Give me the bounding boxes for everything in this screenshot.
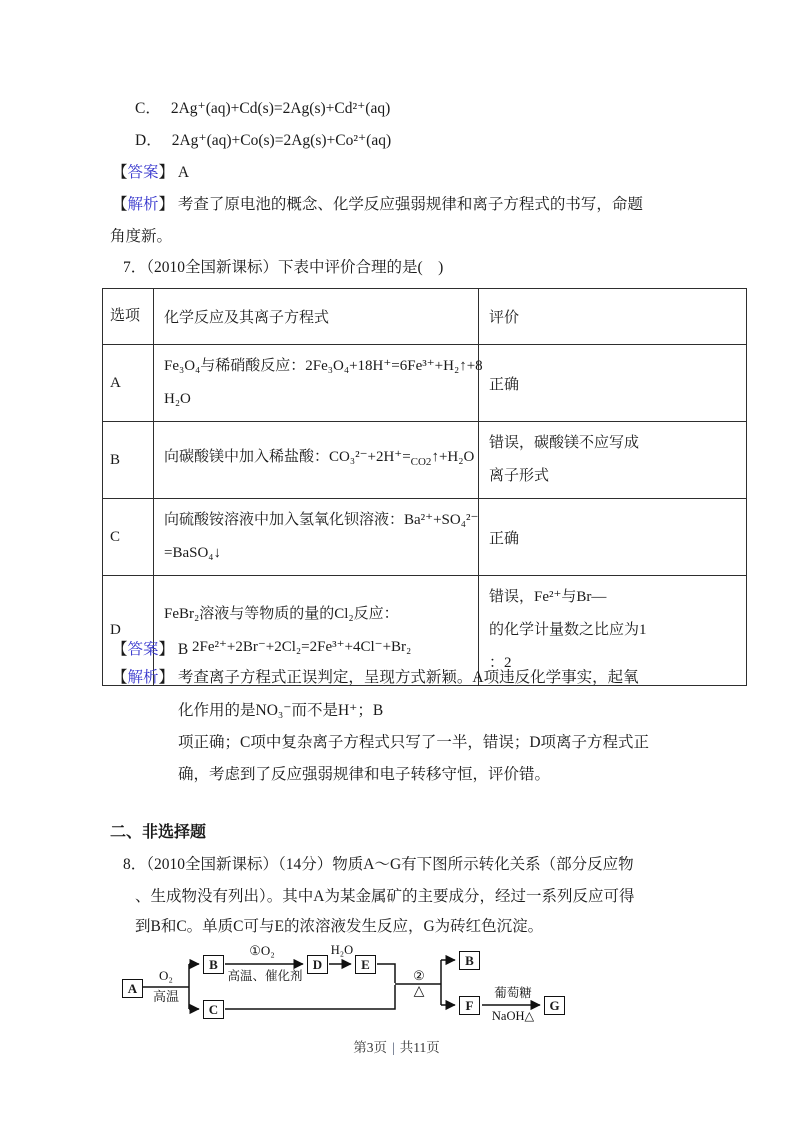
q6-answer-line: 【答案】 A — [112, 163, 189, 183]
analysis-tag: 解析 — [128, 669, 159, 686]
label-naoh: NaOH△ — [482, 1010, 544, 1023]
q8-flow-diagram: A B C D E B F G O₂ 高温 ①O₂ 高温、催化剂 H₂O ② △… — [108, 938, 588, 1030]
table-header-row: 选项 化学反应及其离子方程式 评价 — [103, 289, 747, 345]
answer-tag: 答案 — [128, 164, 159, 181]
q7-answer-line: 【答案】 B — [112, 640, 188, 660]
diagram-node-e: E — [355, 955, 376, 974]
answer-value: A — [178, 164, 189, 181]
option-cell: C — [103, 499, 154, 576]
reaction-line: H₂O — [164, 383, 468, 416]
analysis-tag: 解析 — [128, 196, 159, 213]
bracket-open: 【 — [112, 641, 128, 658]
page-footer: 第3页|共11页 — [0, 1036, 793, 1056]
bracket-close: 】 — [159, 196, 175, 213]
diagram-node-g: G — [544, 996, 565, 1015]
q6-option-c: C．2Ag⁺(aq)+Cd(s)=2Ag(s)+Cd²⁺(aq) — [135, 99, 390, 119]
reaction-line: 向碳酸镁中加入稀盐酸：CO₃²⁻+2H⁺=CO2↑+H₂O — [164, 441, 468, 479]
table-row: C 向硫酸铵溶液中加入氢氧化钡溶液：Ba²⁺+SO₄²⁻ =BaSO₄↓ 正确 — [103, 499, 747, 576]
evaluation-cell: 正确 — [479, 499, 747, 576]
table-row: A Fe₃O₄与稀硝酸反应：2Fe₃O₄+18H⁺=6Fe³⁺+H₂↑+8 H₂… — [103, 345, 747, 422]
evaluation-line: 错误，Fe²⁺与Br— — [489, 581, 736, 614]
q7-title: 7．（2010全国新课标）下表中评价合理的是( ) — [123, 258, 443, 278]
bracket-open: 【 — [112, 164, 128, 181]
reaction-pre: 向碳酸镁中加入稀盐酸：CO₃²⁻+2H⁺= — [164, 449, 411, 465]
reaction-cell: Fe₃O₄与稀硝酸反应：2Fe₃O₄+18H⁺=6Fe³⁺+H₂↑+8 H₂O — [154, 345, 479, 422]
label-gaowen: 高温 — [144, 990, 188, 1003]
footer-separator: | — [392, 1040, 395, 1055]
diagram-node-f: F — [459, 996, 480, 1015]
reaction-post: ↑+H₂O — [431, 449, 474, 465]
answer-tag: 答案 — [128, 641, 159, 658]
label-cuihuaji: 高温、催化剂 — [218, 970, 312, 983]
option-cell: A — [103, 345, 154, 422]
q7-analysis-line-4: 确，考虑到了反应强弱规律和电子转移守恒，评价错。 — [178, 765, 550, 785]
reaction-cell: 向碳酸镁中加入稀盐酸：CO₃²⁻+2H⁺=CO2↑+H₂O — [154, 422, 479, 499]
label-putaotang: 葡萄糖 — [485, 987, 541, 1000]
option-cell: B — [103, 422, 154, 499]
q7-analysis-line-1: 【解析】 考查离子方程式正误判定，呈现方式新颖。A项违反化学事实，起氧 — [112, 668, 639, 688]
q7-evaluation-table: 选项 化学反应及其离子方程式 评价 A Fe₃O₄与稀硝酸反应：2Fe₃O₄+1… — [102, 288, 747, 686]
option-label: C． — [135, 100, 161, 117]
evaluation-line: 的化学计量数之比应为1 — [489, 614, 736, 647]
evaluation-line: 错误，碳酸镁不应写成 — [489, 427, 736, 460]
bracket-close: 】 — [159, 669, 175, 686]
table-header-cell: 化学反应及其离子方程式 — [154, 289, 479, 345]
bracket-open: 【 — [112, 196, 128, 213]
reaction-line: 2Fe²⁺+2Br⁻+2Cl₂=2Fe³⁺+4Cl⁻+Br₂ — [164, 631, 468, 664]
footer-total-pages: 共11页 — [400, 1040, 440, 1055]
label-h2o: H₂O — [324, 944, 360, 957]
q7-analysis-line-3: 项正确；C项中复杂离子方程式只写了一半，错误；D项离子方程式正 — [178, 733, 649, 753]
q7-analysis-line-2: 化作用的是NO₃⁻而不是H⁺；B — [178, 701, 383, 721]
q6-analysis-line-1: 【解析】 考查了原电池的概念、化学反应强弱规律和离子方程式的书写，命题 — [112, 195, 643, 215]
table-header-cell: 选项 — [103, 289, 154, 345]
diagram-node-a: A — [122, 979, 143, 998]
bracket-open: 【 — [112, 669, 128, 686]
q8-line-3: 到B和C。单质C可与E的浓溶液发生反应，G为砖红色沉淀。 — [135, 917, 543, 937]
analysis-text: 考查了原电池的概念、化学反应强弱规律和离子方程式的书写，命题 — [178, 196, 643, 213]
answer-value: B — [178, 641, 188, 658]
reaction-cell: 向硫酸铵溶液中加入氢氧化钡溶液：Ba²⁺+SO₄²⁻ =BaSO₄↓ — [154, 499, 479, 576]
q8-line-1: 8．（2010全国新课标）（14分）物质A～G有下图所示转化关系（部分反应物 — [123, 855, 634, 875]
footer-page-number: 第3页 — [353, 1040, 387, 1055]
q8-line-2: 、生成物没有列出）。其中A为某金属矿的主要成分，经过一系列反应可得 — [135, 887, 634, 907]
bracket-close: 】 — [159, 164, 175, 181]
q6-option-d: D．2Ag⁺(aq)+Co(s)=2Ag(s)+Co²⁺(aq) — [135, 131, 391, 151]
evaluation-cell: 错误，碳酸镁不应写成 离子形式 — [479, 422, 747, 499]
reaction-line: FeBr₂溶液与等物质的量的Cl₂反应： — [164, 598, 468, 631]
diagram-node-b2: B — [459, 951, 480, 970]
bracket-close: 】 — [159, 641, 175, 658]
q6-analysis-line-2: 角度新。 — [110, 227, 172, 247]
reaction-line: Fe₃O₄与稀硝酸反应：2Fe₃O₄+18H⁺=6Fe³⁺+H₂↑+8 — [164, 350, 468, 383]
table-row: B 向碳酸镁中加入稀盐酸：CO₃²⁻+2H⁺=CO2↑+H₂O 错误，碳酸镁不应… — [103, 422, 747, 499]
reaction-line: =BaSO₄↓ — [164, 537, 468, 570]
diagram-node-c: C — [203, 1000, 224, 1019]
option-equation: 2Ag⁺(aq)+Co(s)=2Ag(s)+Co²⁺(aq) — [172, 132, 391, 149]
label-o2: O₂ — [146, 969, 186, 982]
evaluation-cell: 正确 — [479, 345, 747, 422]
label-delta-icon: △ — [406, 985, 432, 998]
reaction-line: 向硫酸铵溶液中加入氢氧化钡溶液：Ba²⁺+SO₄²⁻ — [164, 504, 468, 537]
document-page: C．2Ag⁺(aq)+Cd(s)=2Ag(s)+Cd²⁺(aq) D．2Ag⁺(… — [0, 0, 793, 1122]
reaction-subscript-co2: CO2 — [411, 456, 432, 468]
evaluation-line: 离子形式 — [489, 460, 736, 493]
table-header-cell: 评价 — [479, 289, 747, 345]
option-label: D． — [135, 132, 162, 149]
analysis-text: 考查离子方程式正误判定，呈现方式新颖。A项违反化学事实，起氧 — [178, 669, 639, 686]
label-step2: ② — [406, 969, 432, 982]
option-equation: 2Ag⁺(aq)+Cd(s)=2Ag(s)+Cd²⁺(aq) — [171, 100, 390, 117]
section-2-heading: 二、非选择题 — [110, 823, 206, 843]
label-step1-o2: ①O₂ — [236, 944, 288, 957]
